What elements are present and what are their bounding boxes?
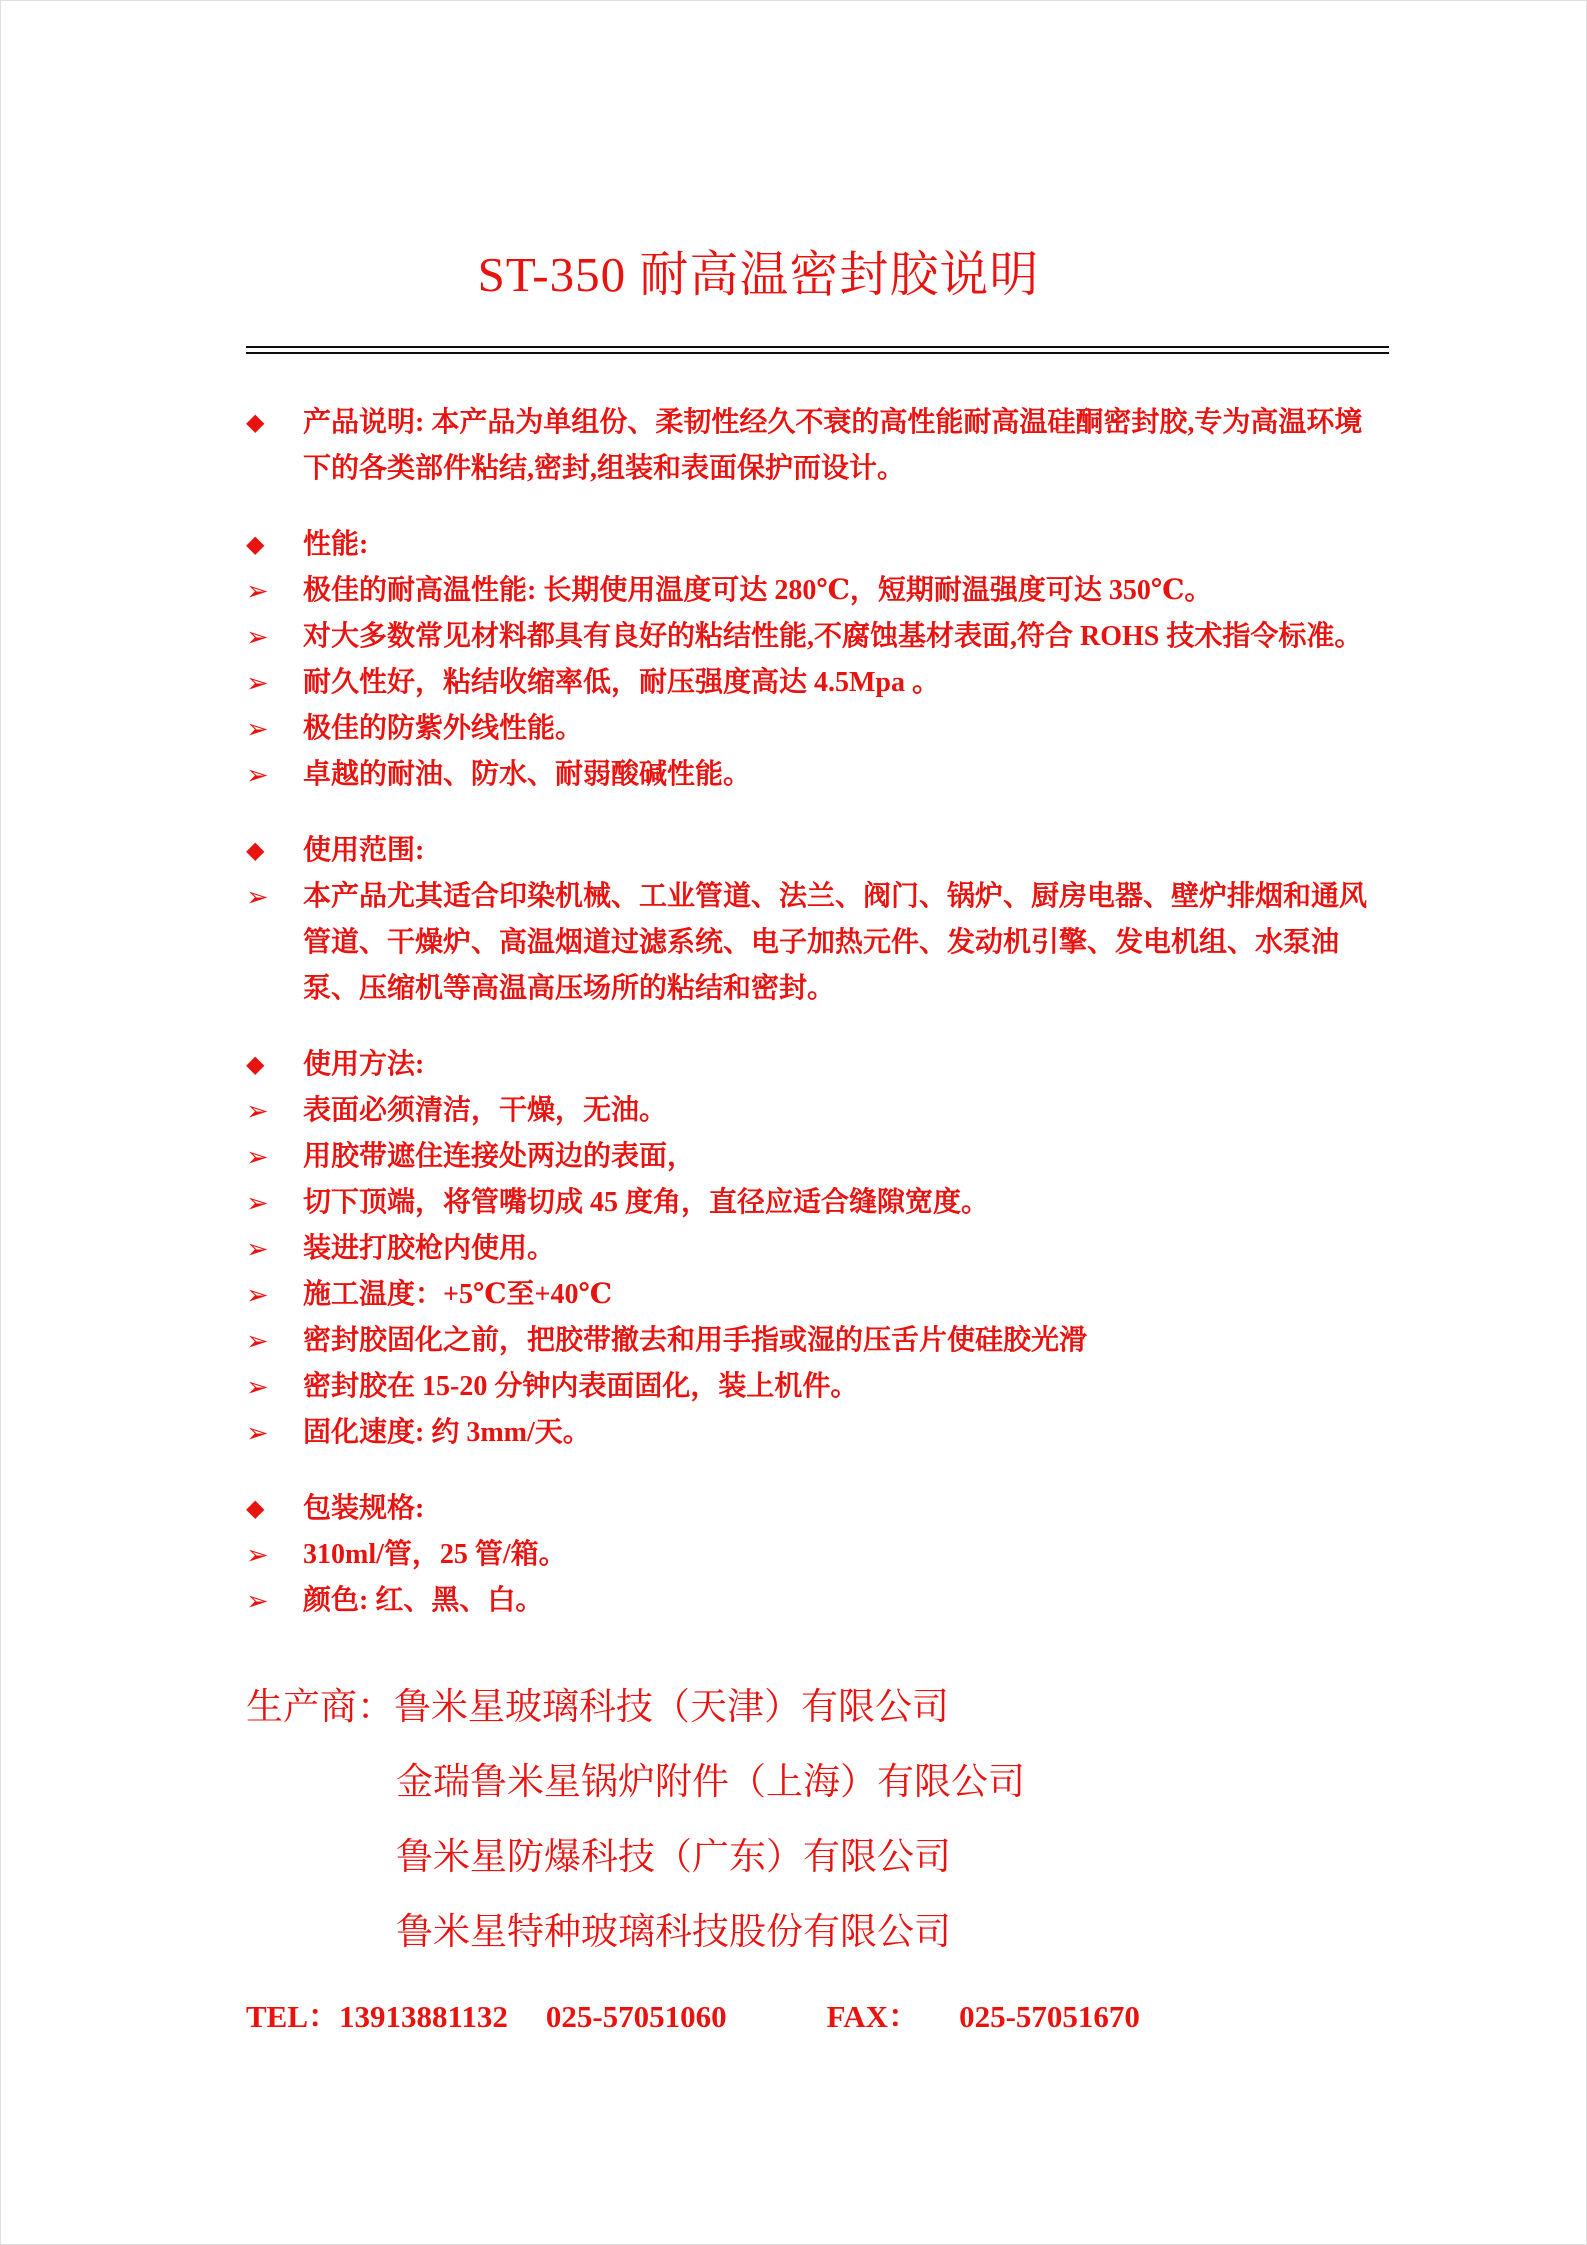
product-description: ◆ 产品说明: 本产品为单组份、柔韧性经久不衰的高性能耐高温硅酮密封胶,专为高温… xyxy=(246,400,1389,492)
section-heading-row: ◆ 包装规格: xyxy=(246,1486,1389,1532)
company-name: 鲁米星防爆科技（广东）有限公司 xyxy=(396,1837,951,1878)
list-item: ➢ 密封胶在 15-20 分钟内表面固化，装上机件。 xyxy=(246,1364,1389,1410)
product-description-heading: 产品说明: xyxy=(303,407,424,438)
page-title: ST-350 耐高温密封胶说明 xyxy=(246,1,1389,306)
item-text: 用胶带遮住连接处两边的表面， xyxy=(303,1134,695,1180)
arrow-icon: ➢ xyxy=(246,874,303,920)
list-item: ➢ 极佳的耐高温性能: 长期使用温度可达 280℃，短期耐温强度可达 350℃。 xyxy=(246,568,1389,614)
arrow-icon: ➢ xyxy=(246,1134,303,1180)
diamond-icon: ◆ xyxy=(246,1486,303,1532)
arrow-icon: ➢ xyxy=(246,1364,303,1410)
document-content: ST-350 耐高温密封胶说明 ◆ 产品说明: 本产品为单组份、柔韧性经久不衰的… xyxy=(1,1,1586,2042)
item-text: 极佳的耐高温性能: 长期使用温度可达 280℃，短期耐温强度可达 350℃。 xyxy=(303,568,1212,614)
arrow-icon: ➢ xyxy=(246,1272,303,1318)
section-heading-row: ◆ 使用方法: xyxy=(246,1042,1389,1088)
contact-line: TEL：13913881132025-57051060FAX：025-57051… xyxy=(246,1992,1389,2042)
arrow-icon: ➢ xyxy=(246,1226,303,1272)
arrow-icon: ➢ xyxy=(246,1088,303,1134)
arrow-icon: ➢ xyxy=(246,1532,303,1578)
arrow-icon: ➢ xyxy=(246,660,303,706)
manufacturer-line: 生产商：鲁米星玻璃科技（天津）有限公司 xyxy=(246,1670,1389,1745)
list-item: ➢ 极佳的防紫外线性能。 xyxy=(246,706,1389,752)
item-text: 密封胶固化之前，把胶带撤去和用手指或湿的压舌片使硅胶光滑 xyxy=(303,1318,1087,1364)
tel-label: TEL： xyxy=(246,1999,339,2034)
list-item: ➢ 表面必须清洁，干燥，无油。 xyxy=(246,1088,1389,1134)
list-item: ➢ 颜色: 红、黑、白。 xyxy=(246,1578,1389,1624)
item-text: 装进打胶枪内使用。 xyxy=(303,1226,555,1272)
section-packaging-spec: ◆ 包装规格: ➢ 310ml/管，25 管/箱。 ➢ 颜色: 红、黑、白。 xyxy=(246,1486,1389,1624)
section-performance: ◆ 性能: ➢ 极佳的耐高温性能: 长期使用温度可达 280℃，短期耐温强度可达… xyxy=(246,522,1389,798)
item-text: 卓越的耐油、防水、耐弱酸碱性能。 xyxy=(303,752,751,798)
arrow-icon: ➢ xyxy=(246,1318,303,1364)
manufacturer-line: 鲁米星防爆科技（广东）有限公司 xyxy=(246,1820,1389,1895)
fax-label: FAX： xyxy=(827,1999,919,2034)
list-item: ➢ 切下顶端，将管嘴切成 45 度角，直径应适合缝隙宽度。 xyxy=(246,1180,1389,1226)
diamond-icon: ◆ xyxy=(246,1042,303,1088)
arrow-icon: ➢ xyxy=(246,1180,303,1226)
diamond-icon: ◆ xyxy=(246,400,303,446)
arrow-icon: ➢ xyxy=(246,1410,303,1456)
list-item: ➢ 310ml/管，25 管/箱。 xyxy=(246,1532,1389,1578)
company-name: 金瑞鲁米星锅炉附件（上海）有限公司 xyxy=(396,1762,1025,1803)
fax-number: 025-57051670 xyxy=(959,1999,1140,2034)
item-text: 施工温度：+5℃至+40℃ xyxy=(303,1272,612,1318)
manufacturer-block: 生产商：鲁米星玻璃科技（天津）有限公司 金瑞鲁米星锅炉附件（上海）有限公司 鲁米… xyxy=(246,1670,1389,1970)
arrow-icon: ➢ xyxy=(246,752,303,798)
item-text: 极佳的防紫外线性能。 xyxy=(303,706,583,752)
list-item: ➢ 密封胶固化之前，把胶带撤去和用手指或湿的压舌片使硅胶光滑 xyxy=(246,1318,1389,1364)
item-text: 本产品尤其适合印染机械、工业管道、法兰、阀门、锅炉、厨房电器、壁炉排烟和通风管道… xyxy=(303,874,1389,1012)
item-text: 密封胶在 15-20 分钟内表面固化，装上机件。 xyxy=(303,1364,858,1410)
item-text: 表面必须清洁，干燥，无油。 xyxy=(303,1088,667,1134)
arrow-icon: ➢ xyxy=(246,1578,303,1624)
item-text: 切下顶端，将管嘴切成 45 度角，直径应适合缝隙宽度。 xyxy=(303,1180,989,1226)
section-heading: 性能: xyxy=(303,522,368,568)
manufacturer-line: 金瑞鲁米星锅炉附件（上海）有限公司 xyxy=(246,1745,1389,1820)
list-item: ➢ 本产品尤其适合印染机械、工业管道、法兰、阀门、锅炉、厨房电器、壁炉排烟和通风… xyxy=(246,874,1389,1012)
item-text: 310ml/管，25 管/箱。 xyxy=(303,1532,567,1578)
list-item: ➢ 施工温度：+5℃至+40℃ xyxy=(246,1272,1389,1318)
arrow-icon: ➢ xyxy=(246,614,303,660)
item-text: 固化速度: 约 3mm/天。 xyxy=(303,1410,591,1456)
item-text: 对大多数常见材料都具有良好的粘结性能,不腐蚀基材表面,符合 ROHS 技术指令标… xyxy=(303,614,1362,660)
company-name: 鲁米星玻璃科技（天津）有限公司 xyxy=(394,1687,949,1728)
document-page: ST-350 耐高温密封胶说明 ◆ 产品说明: 本产品为单组份、柔韧性经久不衰的… xyxy=(0,0,1587,2245)
list-item: ➢ 用胶带遮住连接处两边的表面， xyxy=(246,1134,1389,1180)
diamond-icon: ◆ xyxy=(246,828,303,874)
product-description-text: 产品说明: 本产品为单组份、柔韧性经久不衰的高性能耐高温硅酮密封胶,专为高温环境… xyxy=(303,400,1389,492)
section-heading: 使用方法: xyxy=(303,1042,424,1088)
diamond-icon: ◆ xyxy=(246,522,303,568)
list-item: ➢ 卓越的耐油、防水、耐弱酸碱性能。 xyxy=(246,752,1389,798)
tel-mobile-number: 13913881132 xyxy=(339,1999,508,2034)
company-name: 鲁米星特种玻璃科技股份有限公司 xyxy=(396,1912,951,1953)
section-application-range: ◆ 使用范围: ➢ 本产品尤其适合印染机械、工业管道、法兰、阀门、锅炉、厨房电器… xyxy=(246,828,1389,1012)
product-description-body: 本产品为单组份、柔韧性经久不衰的高性能耐高温硅酮密封胶,专为高温环境下的各类部件… xyxy=(303,407,1362,484)
tel-landline-number: 025-57051060 xyxy=(546,1999,727,2034)
arrow-icon: ➢ xyxy=(246,706,303,752)
section-heading: 使用范围: xyxy=(303,828,424,874)
section-usage-method: ◆ 使用方法: ➢ 表面必须清洁，干燥，无油。 ➢ 用胶带遮住连接处两边的表面，… xyxy=(246,1042,1389,1456)
arrow-icon: ➢ xyxy=(246,568,303,614)
item-text: 耐久性好，粘结收缩率低，耐压强度高达 4.5Mpa 。 xyxy=(303,660,940,706)
list-item: ➢ 对大多数常见材料都具有良好的粘结性能,不腐蚀基材表面,符合 ROHS 技术指… xyxy=(246,614,1389,660)
section-heading-row: ◆ 性能: xyxy=(246,522,1389,568)
list-item: ➢ 固化速度: 约 3mm/天。 xyxy=(246,1410,1389,1456)
manufacturer-line: 鲁米星特种玻璃科技股份有限公司 xyxy=(246,1895,1389,1970)
section-heading: 包装规格: xyxy=(303,1486,424,1532)
item-text: 颜色: 红、黑、白。 xyxy=(303,1578,543,1624)
section-heading-row: ◆ 使用范围: xyxy=(246,828,1389,874)
manufacturer-label: 生产商： xyxy=(246,1687,394,1728)
title-divider xyxy=(246,346,1389,354)
list-item: ➢ 耐久性好，粘结收缩率低，耐压强度高达 4.5Mpa 。 xyxy=(246,660,1389,706)
list-item: ➢ 装进打胶枪内使用。 xyxy=(246,1226,1389,1272)
